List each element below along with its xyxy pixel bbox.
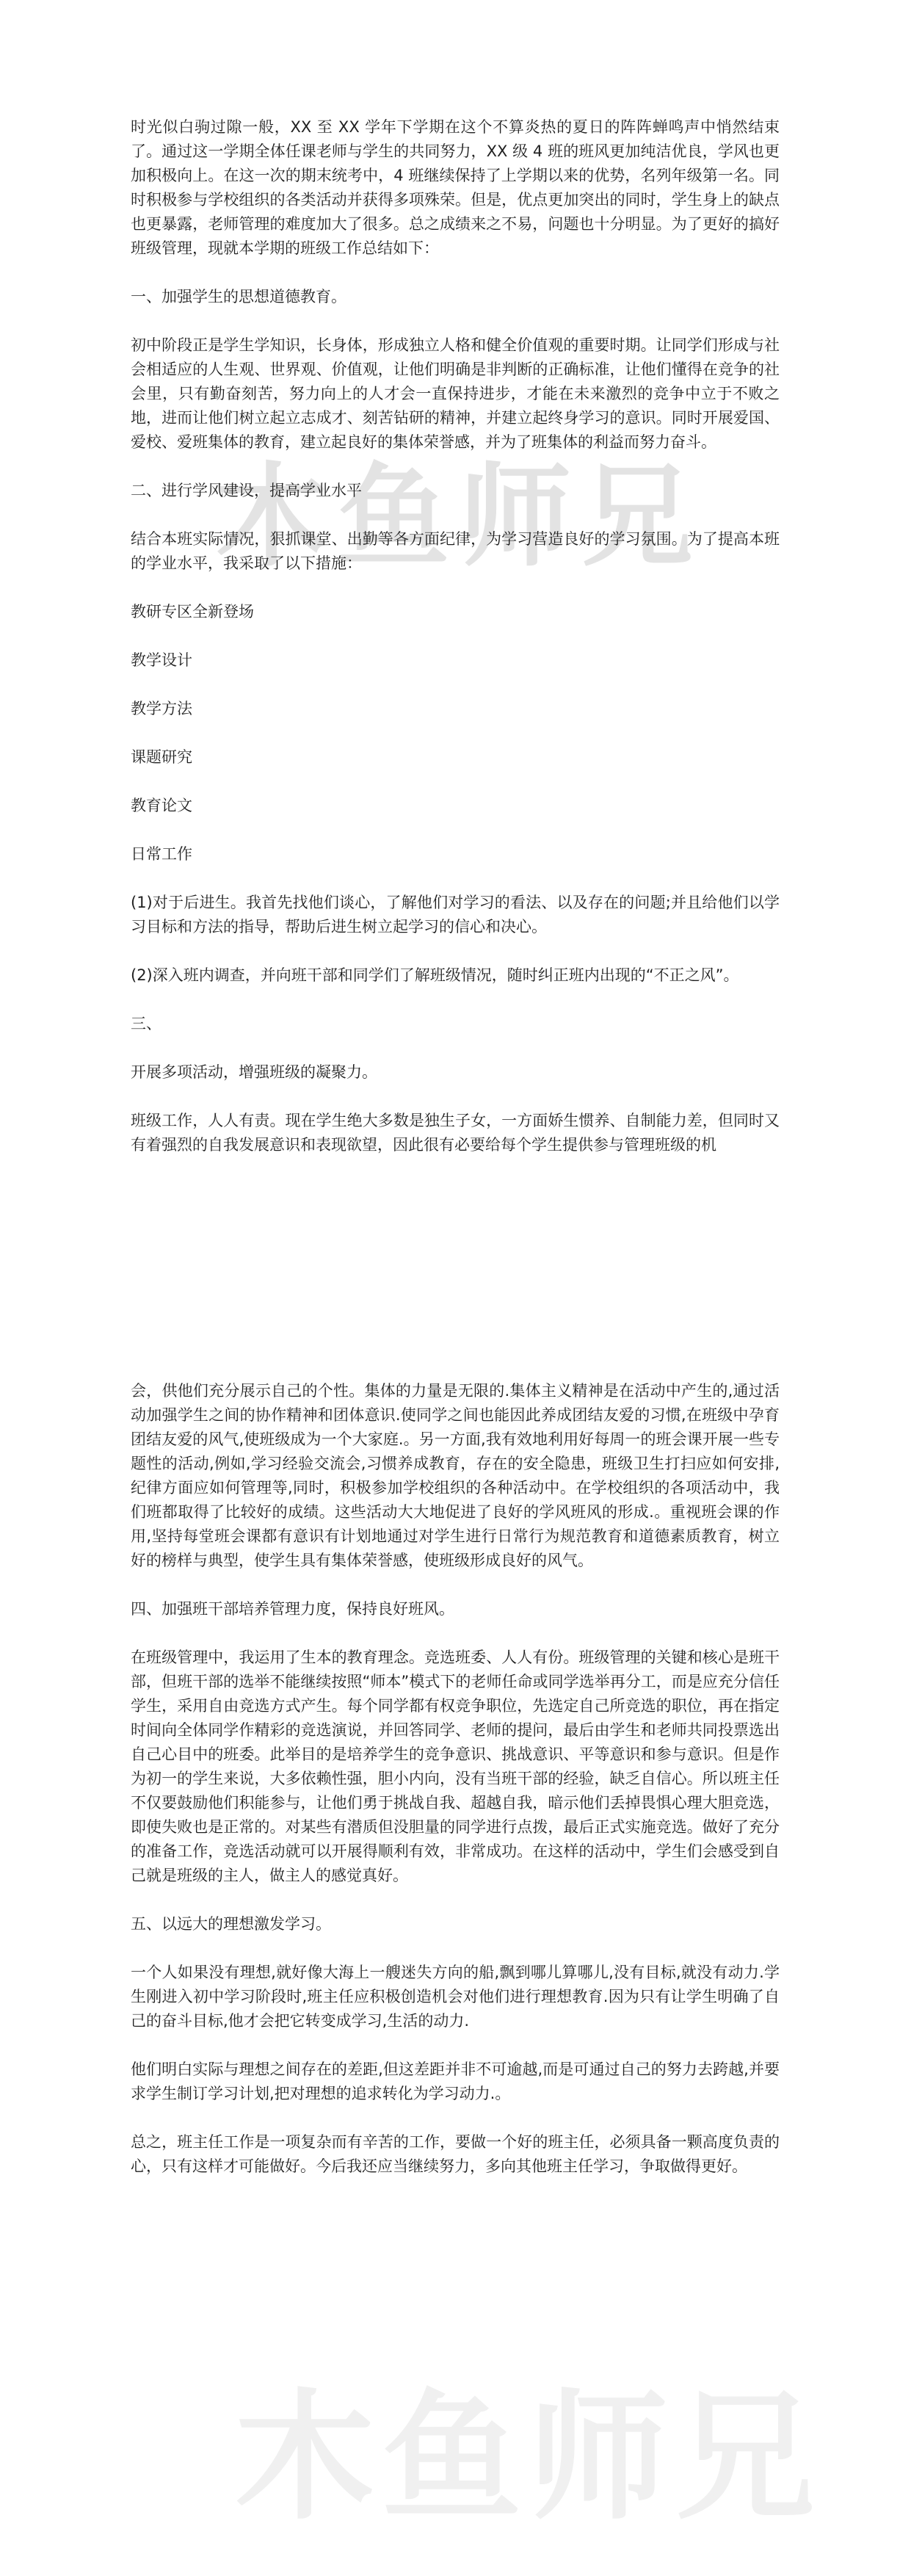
paragraph: 时光似白驹过隙一般，XX 至 XX 学年下学期在这个不算炎热的夏日的阵阵蝉鸣声中… — [131, 115, 780, 261]
paragraph: 初中阶段正是学生学知识，长身体，形成独立人格和健全价值观的重要时期。让同学们形成… — [131, 333, 780, 455]
paragraph: 一个人如果没有理想,就好像大海上一艘迷失方向的船,飘到哪儿算哪儿,没有目标,就没… — [131, 1961, 780, 2033]
list-item: 教学设计 — [131, 648, 780, 673]
section-heading: 二、进行学风建设，提高学业水平 — [131, 479, 780, 503]
list-item: 教育论文 — [131, 794, 780, 818]
list-item: 课题研究 — [131, 745, 780, 770]
paragraph: 会，供他们充分展示自己的个性。集体的力量是无限的.集体主义精神是在活动中产生的,… — [131, 1379, 780, 1573]
paragraph: 在班级管理中，我运用了生本的教育理念。竞选班委、人人有份。班级管理的关键和核心是… — [131, 1646, 780, 1888]
document-body: 时光似白驹过隙一般，XX 至 XX 学年下学期在这个不算炎热的夏日的阵阵蝉鸣声中… — [0, 0, 911, 2179]
paragraph: 结合本班实际情况，狠抓课堂、出勤等各方面纪律，为学习营造良好的学习氛围。为了提高… — [131, 527, 780, 576]
list-item: 教研专区全新登场 — [131, 600, 780, 624]
list-item: 教学方法 — [131, 697, 780, 721]
paragraph: (2)深入班内调查，并向班干部和同学们了解班级情况，随时纠正班内出现的“不正之风… — [131, 963, 780, 988]
paragraph: 总之，班主任工作是一项复杂而有辛苦的工作，要做一个好的班主任，必须具备一颗高度负… — [131, 2130, 780, 2179]
watermark-text-bottom: 木鱼师兄 — [235, 2388, 822, 2528]
document-page: 木鱼师兄 木鱼师兄 时光似白驹过隙一般，XX 至 XX 学年下学期在这个不算炎热… — [0, 0, 911, 2576]
section-heading: 三、 — [131, 1012, 780, 1036]
list-item: 日常工作 — [131, 842, 780, 866]
paragraph: 开展多项活动，增强班级的凝聚力。 — [131, 1060, 780, 1085]
section-heading: 一、加强学生的思想道德教育。 — [131, 285, 780, 309]
paragraph: (1)对于后进生。我首先找他们谈心，了解他们对学习的看法、以及存在的问题;并且给… — [131, 891, 780, 939]
paragraph: 他们明白实际与理想之间存在的差距,但这差距并非不可逾越,而是可通过自己的努力去跨… — [131, 2058, 780, 2106]
paragraph: 班级工作，人人有责。现在学生绝大多数是独生子女，一方面娇生惯养、自制能力差，但同… — [131, 1109, 780, 1157]
section-heading: 五、以远大的理想激发学习。 — [131, 1912, 780, 1936]
section-heading: 四、加强班干部培养管理力度，保持良好班风。 — [131, 1597, 780, 1621]
